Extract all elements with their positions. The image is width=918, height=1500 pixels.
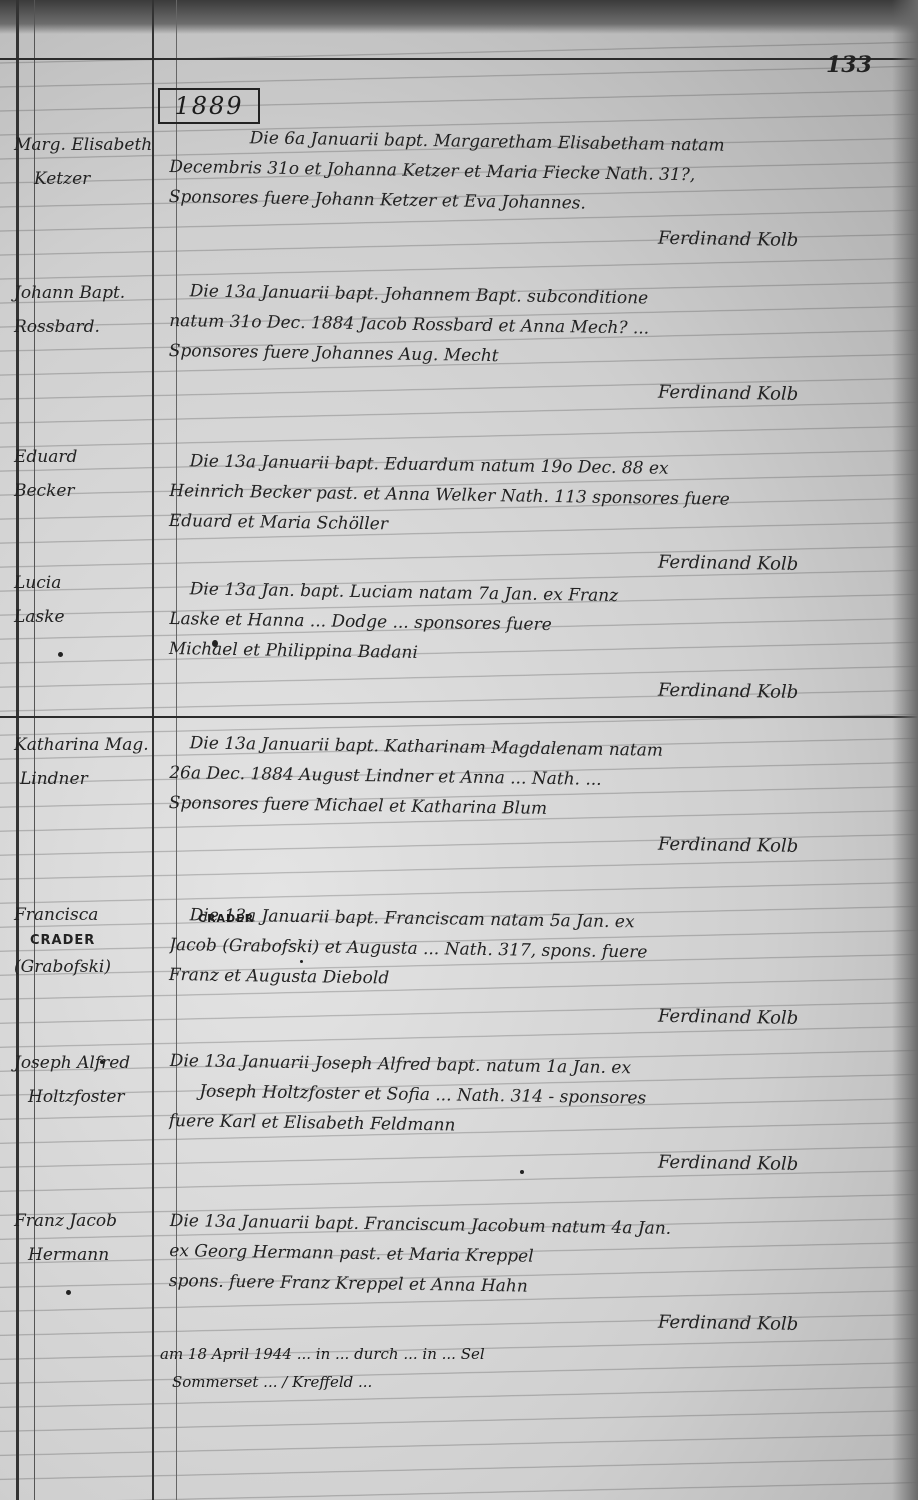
ink-speck bbox=[66, 1290, 71, 1295]
ink-speck bbox=[100, 1060, 104, 1064]
margin-name-entry-1: Marg. Elisabeth Ketzer bbox=[14, 128, 164, 196]
ink-speck bbox=[520, 1170, 524, 1174]
margin-name-entry-5: Katharina Mag. Lindner bbox=[14, 728, 164, 796]
margin-name-entry-2: Johann Bapt. Rossbard. bbox=[14, 276, 164, 344]
ink-speck bbox=[212, 640, 218, 647]
register-page: 133 1889 Marg. Elisabeth Ketzer Die 6a J… bbox=[0, 0, 918, 1500]
baptism-entry-8: Die 13a Januarii bapt. Franciscum Jacobu… bbox=[168, 1206, 890, 1341]
scan-right-edge bbox=[892, 0, 918, 1500]
header-rule bbox=[0, 58, 918, 60]
section-rule bbox=[0, 716, 918, 718]
baptism-entry-6: Die 13a Januarii bapt. Franciscam natam … bbox=[168, 900, 890, 1035]
crader-insertion: CRADER bbox=[198, 912, 254, 925]
year-heading: 1889 bbox=[158, 88, 260, 124]
ink-speck bbox=[58, 652, 63, 657]
baptism-entry-7: Die 13a Januarii Joseph Alfred bapt. nat… bbox=[168, 1046, 890, 1181]
page-number: 133 bbox=[826, 52, 872, 78]
ink-speck bbox=[300, 960, 303, 963]
baptism-entry-4: Die 13a Jan. bapt. Luciam natam 7a Jan. … bbox=[168, 574, 890, 709]
baptism-entry-5: Die 13a Januarii bapt. Katharinam Magdal… bbox=[168, 728, 890, 863]
baptism-entry-1: Die 6a Januarii bapt. Margaretham Elisab… bbox=[168, 122, 890, 257]
margin-name-entry-6: Francisca CRADER (Grabofski) bbox=[14, 898, 164, 984]
later-annotation: am 18 April 1944 ... in ... durch ... in… bbox=[160, 1340, 485, 1396]
baptism-entry-3: Die 13a Januarii bapt. Eduardum natum 19… bbox=[168, 446, 890, 581]
margin-name-entry-3: Eduard Becker bbox=[14, 440, 164, 508]
baptism-entry-2: Die 13a Januarii bapt. Johannem Bapt. su… bbox=[168, 276, 890, 411]
margin-name-entry-7: Joseph Alfred Holtzfoster bbox=[14, 1046, 164, 1114]
margin-name-entry-8: Franz Jacob Hermann bbox=[14, 1204, 164, 1272]
crader-annotation: CRADER bbox=[30, 932, 164, 950]
margin-name-entry-4: Lucia Laske bbox=[14, 566, 164, 634]
scan-top-shadow bbox=[0, 0, 918, 34]
